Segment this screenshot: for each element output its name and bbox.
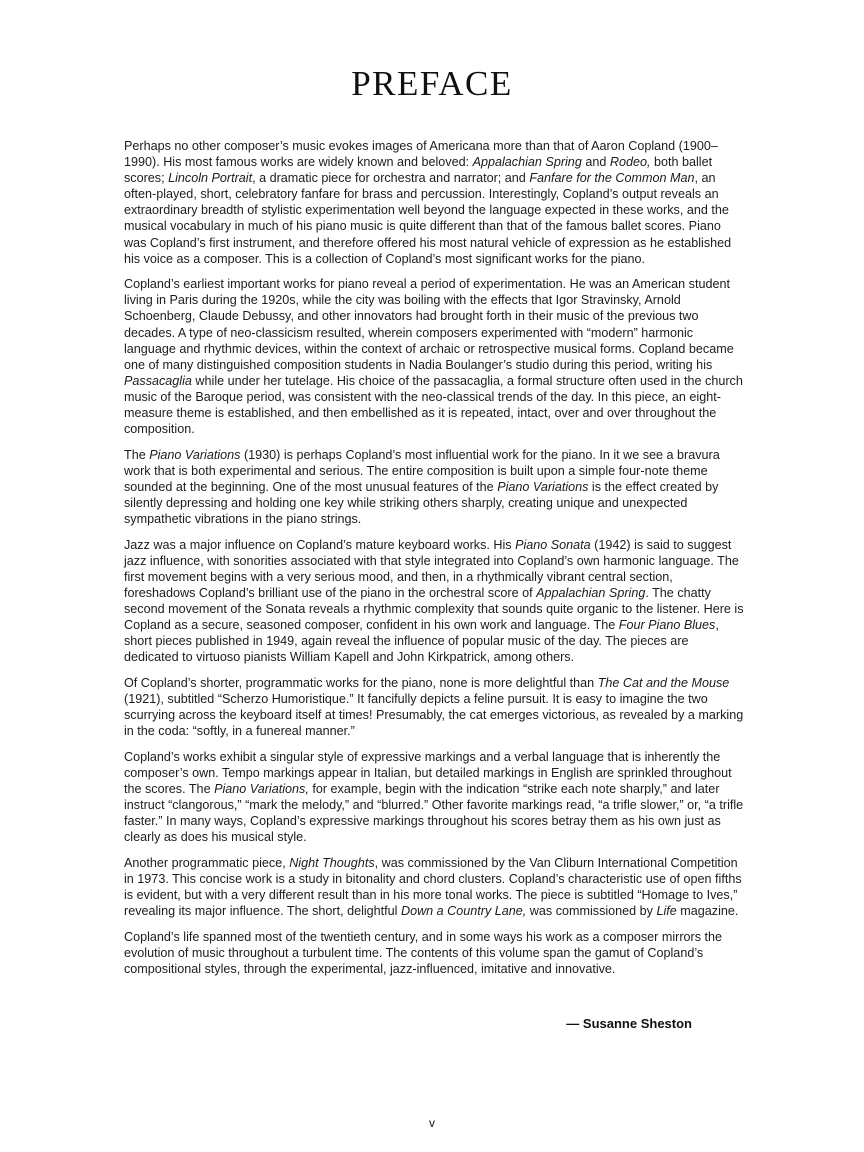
work-title: Life [656,904,676,918]
preface-body: Perhaps no other composer’s music evokes… [124,138,746,987]
paragraph: Copland’s works exhibit a singular style… [124,749,746,846]
work-title: Piano Variations, [214,782,309,796]
work-title: Down a Country Lane, [401,904,526,918]
page-title: PREFACE [0,64,864,104]
work-title: Piano Variations [149,448,240,462]
work-title: Fanfare for the Common Man [529,171,694,185]
paragraph: Perhaps no other composer’s music evokes… [124,138,746,267]
work-title: Piano Sonata [515,538,591,552]
work-title: Night Thoughts [289,856,374,870]
paragraph: The Piano Variations (1930) is perhaps C… [124,447,746,527]
paragraph: Jazz was a major influence on Copland’s … [124,537,746,666]
paragraph: Of Copland’s shorter, programmatic works… [124,675,746,739]
work-title: Lincoln Portrait [168,171,252,185]
work-title: Appalachian Spring [473,155,582,169]
work-title: The Cat and the Mouse [598,676,730,690]
paragraph: Another programmatic piece, Night Though… [124,855,746,919]
paragraph: Copland’s earliest important works for p… [124,276,746,437]
work-title: Appalachian Spring [536,586,645,600]
author-signature: — Susanne Sheston [124,1016,692,1031]
paragraph: Copland’s life spanned most of the twent… [124,929,746,977]
work-title: Rodeo, [610,155,651,169]
work-title: Piano Variations [497,480,588,494]
work-title: Four Piano Blues [619,618,716,632]
work-title: Passacaglia [124,374,192,388]
page-number: v [0,1116,864,1130]
